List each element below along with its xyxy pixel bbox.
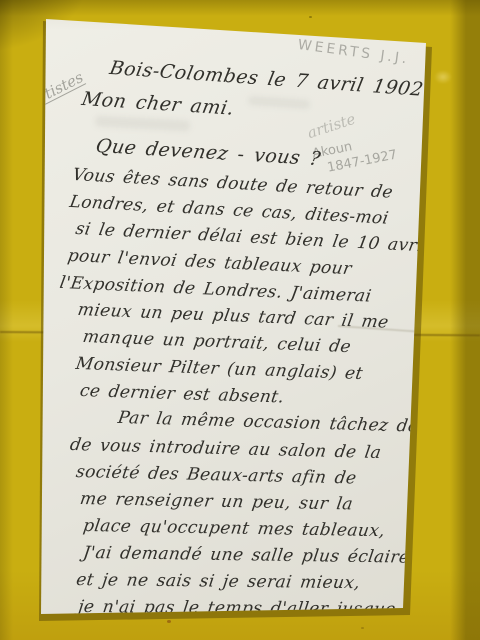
backing-speck — [167, 620, 171, 623]
backing-speck — [309, 16, 312, 18]
ink-bleedthrough-smudge — [248, 96, 310, 109]
backing-blemish — [434, 70, 452, 84]
letter-salutation: Mon cher ami. — [80, 88, 236, 120]
backing-speck — [361, 627, 364, 629]
letter-body: Vous êtes sans doute de retour deLondres… — [62, 162, 442, 621]
letter-photograph: artistes WEERTS J.J. artiste Akoun 1847-… — [0, 0, 480, 640]
ink-bleedthrough-smudge — [95, 116, 190, 132]
pencil-artiste: artiste — [305, 110, 358, 142]
pencil-weerts: WEERTS J.J. — [297, 37, 410, 68]
pencil-artistes: artistes — [27, 68, 86, 110]
